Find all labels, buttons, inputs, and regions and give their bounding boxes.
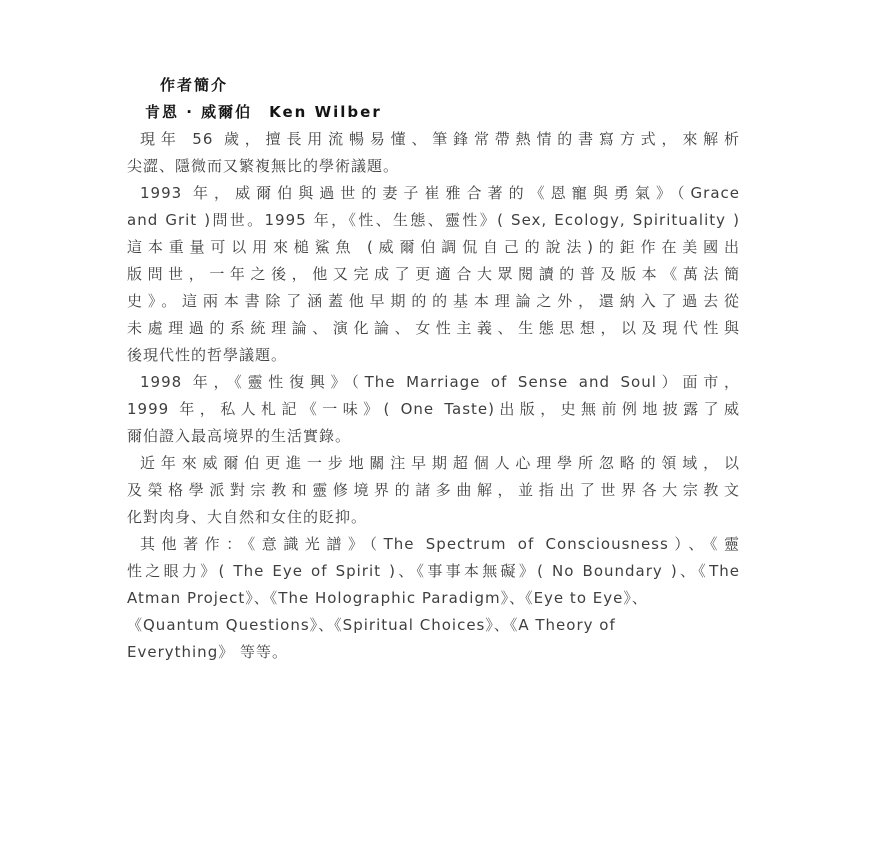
- paragraph-line: 性之眼力》( The Eye of Spirit )、《事事本無礙》( No B…: [127, 558, 740, 585]
- paragraph-line: 爾伯證入最高境界的生活實錄。: [127, 423, 740, 450]
- paragraph-line: 版問世，一年之後，他又完成了更適合大眾閱讀的普及版本《萬法簡: [127, 261, 740, 288]
- paragraph-line: 史》。這兩本書除了涵蓋他早期的的基本理論之外，還納入了過去從: [127, 288, 740, 315]
- paragraph-line: 其他著作：《意識光譜》（The Spectrum of Consciousnes…: [127, 531, 740, 558]
- paragraph-line: 1999 年，私人札記《一味》( One Taste)出版，史無前例地披露了威: [127, 396, 740, 423]
- paragraph-line: 後現代性的哲學議題。: [127, 342, 740, 369]
- paragraph-line: 這本重量可以用來槌鯊魚 (威爾伯調侃自己的說法)的鉅作在美國出: [127, 234, 740, 261]
- paragraph-line: 現年 56 歲，擅長用流暢易懂、筆鋒常帶熱情的書寫方式，來解析: [127, 126, 740, 153]
- author-name-heading: 肯恩 · 威爾伯 Ken Wilber: [127, 99, 740, 126]
- paragraph-line: Everything》 等等。: [127, 639, 740, 666]
- document-page: 作者簡介 肯恩 · 威爾伯 Ken Wilber 現年 56 歲，擅長用流暢易懂…: [0, 0, 870, 842]
- paragraph-line: 《Quantum Questions》、《Spiritual Choices》、…: [127, 612, 740, 639]
- paragraph-line: 1998 年，《靈性復興》（The Marriage of Sense and …: [127, 369, 740, 396]
- paragraph-line: 及榮格學派對宗教和靈修境界的諸多曲解，並指出了世界各大宗教文: [127, 477, 740, 504]
- paragraph-line: Atman Project》、《The Holographic Paradigm…: [127, 585, 740, 612]
- author-bio-text: 作者簡介 肯恩 · 威爾伯 Ken Wilber 現年 56 歲，擅長用流暢易懂…: [127, 72, 740, 666]
- paragraph-line: 尖澀、隱微而又繁複無比的學術議題。: [127, 153, 740, 180]
- paragraph-line: 近年來威爾伯更進一步地關注早期超個人心理學所忽略的領域，以: [127, 450, 740, 477]
- paragraph-line: 化對肉身、大自然和女住的貶抑。: [127, 504, 740, 531]
- paragraph-line: and Grit )問世。1995 年，《性、生態、靈性》( Sex, Ecol…: [127, 207, 740, 234]
- section-heading: 作者簡介: [127, 72, 740, 99]
- paragraph-line: 1993 年，威爾伯與過世的妻子崔雅合著的《恩寵與勇氣》（Grace: [127, 180, 740, 207]
- paragraph-line: 未處理過的系統理論、演化論、女性主義、生態思想，以及現代性與: [127, 315, 740, 342]
